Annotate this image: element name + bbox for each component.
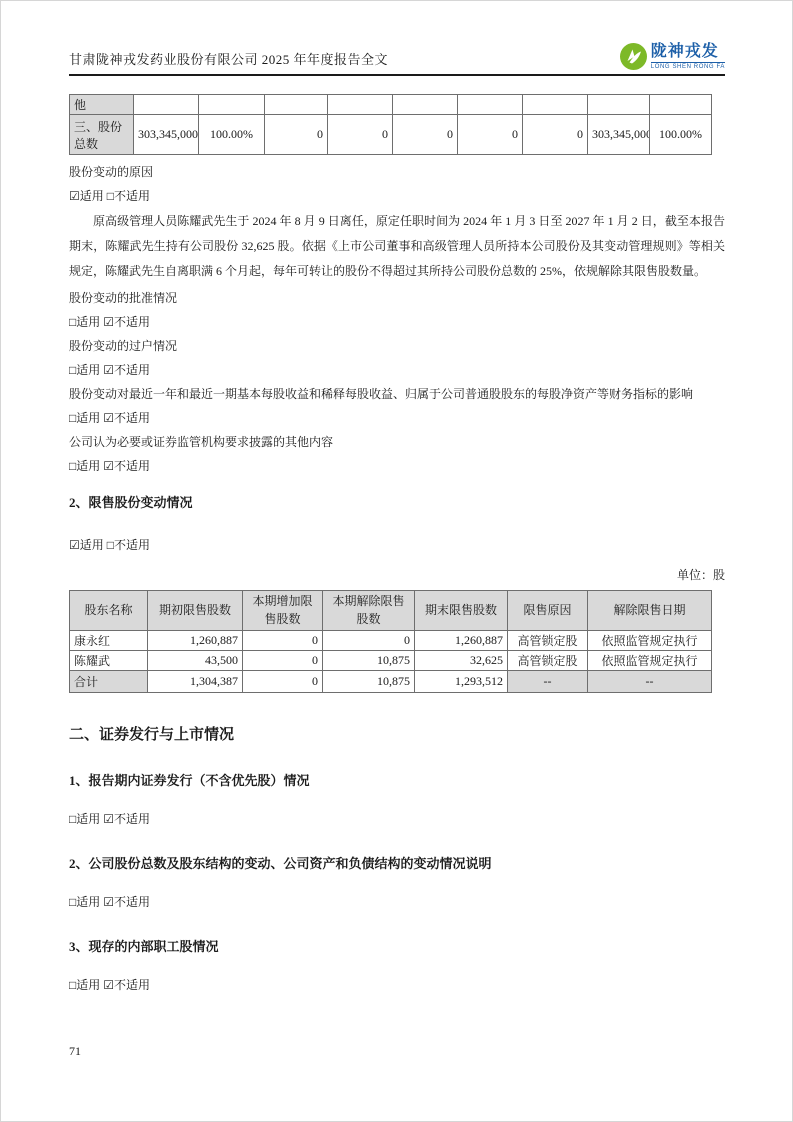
page-header: 甘肃陇神戎发药业股份有限公司 2025 年年度报告全文 陇神戎发 LONG SH…	[69, 1, 725, 76]
unit-label: 单位：股	[69, 566, 725, 583]
cell: 0	[243, 651, 323, 671]
cell: 1,260,887	[415, 631, 508, 651]
applicability-checkboxes: □适用 ☑不适用	[69, 358, 725, 382]
subsection-heading: 1、报告期内证券发行（不含优先股）情况	[69, 770, 725, 789]
cell: 1,293,512	[415, 671, 508, 693]
cell: 高管锁定股	[508, 631, 588, 651]
shareholder-name: 陈耀武	[70, 651, 148, 671]
column-header: 限售原因	[508, 591, 588, 631]
cell: 100.00%	[199, 115, 265, 155]
column-header: 本期解除限售股数	[323, 591, 415, 631]
reason-paragraph: 原高级管理人员陈耀武先生于 2024 年 8 月 9 日离任，原定任职时间为 2…	[69, 209, 725, 284]
cell: 0	[393, 115, 458, 155]
logo-icon	[620, 43, 647, 70]
cell: 10,875	[323, 671, 415, 693]
cell	[328, 95, 393, 115]
cell	[458, 95, 523, 115]
applicability-checkboxes: □适用 ☑不适用	[69, 310, 725, 334]
cell: 依照监管规定执行	[588, 651, 712, 671]
statement-label: 公司认为必要或证券监管机构要求披露的其他内容	[69, 430, 725, 454]
column-header: 股东名称	[70, 591, 148, 631]
statement-label: 股份变动对最近一年和最近一期基本每股收益和稀释每股收益、归属于公司普通股股东的每…	[69, 382, 725, 406]
cell: 0	[323, 631, 415, 651]
cell: 1,260,887	[148, 631, 243, 651]
logo-wordmark: 陇神戎发 LONG SHEN RONG FA	[651, 44, 725, 70]
cell: 10,875	[323, 651, 415, 671]
statement-label: 股份变动的原因	[69, 160, 725, 184]
report-title: 甘肃陇神戎发药业股份有限公司 2025 年年度报告全文	[69, 49, 388, 70]
applicability-checkboxes: □适用 ☑不适用	[69, 454, 725, 478]
cell: 1,304,387	[148, 671, 243, 693]
statement-label: 股份变动的批准情况	[69, 286, 725, 310]
logo-text-cn: 陇神戎发	[651, 44, 725, 60]
cell: 高管锁定股	[508, 651, 588, 671]
cell	[650, 95, 712, 115]
cell: --	[508, 671, 588, 693]
shareholder-name: 康永红	[70, 631, 148, 651]
table-row: 他	[70, 95, 712, 115]
column-header: 期初限售股数	[148, 591, 243, 631]
cell: 依照监管规定执行	[588, 631, 712, 651]
restricted-shares-table: 股东名称 期初限售股数 本期增加限售股数 本期解除限售股数 期末限售股数 限售原…	[69, 590, 712, 693]
cell: 0	[265, 115, 328, 155]
subsection-heading: 3、现存的内部职工股情况	[69, 936, 725, 955]
cell: 43,500	[148, 651, 243, 671]
cell: 0	[523, 115, 588, 155]
cell: 0	[458, 115, 523, 155]
applicability-checkboxes: ☑适用 □不适用	[69, 184, 725, 208]
column-header: 本期增加限售股数	[243, 591, 323, 631]
cell	[588, 95, 650, 115]
cell	[523, 95, 588, 115]
row-label-cell: 他	[70, 95, 134, 115]
column-header: 解除限售日期	[588, 591, 712, 631]
cell: 0	[328, 115, 393, 155]
logo-text-en: LONG SHEN RONG FA	[651, 62, 725, 70]
section-heading-restricted-shares: 2、限售股份变动情况	[69, 492, 725, 511]
section-heading-securities: 二、证券发行与上市情况	[69, 723, 725, 744]
table-header-row: 股东名称 期初限售股数 本期增加限售股数 本期解除限售股数 期末限售股数 限售原…	[70, 591, 712, 631]
total-label: 合计	[70, 671, 148, 693]
table-row: 康永红 1,260,887 0 0 1,260,887 高管锁定股 依照监管规定…	[70, 631, 712, 651]
cell	[265, 95, 328, 115]
cell: 100.00%	[650, 115, 712, 155]
page-number: 71	[69, 1044, 81, 1059]
cell	[134, 95, 199, 115]
column-header: 期末限售股数	[415, 591, 508, 631]
statement-label: 股份变动的过户情况	[69, 334, 725, 358]
subsection-heading: 2、公司股份总数及股东结构的变动、公司资产和负债结构的变动情况说明	[69, 853, 725, 872]
share-structure-table: 他 三、股份总数 303,345,000 100.00% 0 0 0 0 0	[69, 94, 712, 155]
applicability-checkboxes: □适用 ☑不适用	[69, 890, 725, 914]
cell: 303,345,000	[588, 115, 650, 155]
cell: 303,345,000	[134, 115, 199, 155]
applicability-checkboxes: □适用 ☑不适用	[69, 973, 725, 997]
row-label-cell: 三、股份总数	[70, 115, 134, 155]
applicability-checkboxes: □适用 ☑不适用	[69, 807, 725, 831]
cell: 0	[243, 671, 323, 693]
table-total-row: 合计 1,304,387 0 10,875 1,293,512 -- --	[70, 671, 712, 693]
cell	[393, 95, 458, 115]
table-row: 三、股份总数 303,345,000 100.00% 0 0 0 0 0 303…	[70, 115, 712, 155]
table-row: 陈耀武 43,500 0 10,875 32,625 高管锁定股 依照监管规定执…	[70, 651, 712, 671]
company-logo: 陇神戎发 LONG SHEN RONG FA	[620, 43, 725, 70]
cell: --	[588, 671, 712, 693]
cell: 0	[243, 631, 323, 651]
applicability-checkboxes: □适用 ☑不适用	[69, 406, 725, 430]
report-page: 甘肃陇神戎发药业股份有限公司 2025 年年度报告全文 陇神戎发 LONG SH…	[0, 0, 793, 1122]
applicability-checkboxes: ☑适用 □不适用	[69, 533, 725, 557]
cell: 32,625	[415, 651, 508, 671]
cell	[199, 95, 265, 115]
